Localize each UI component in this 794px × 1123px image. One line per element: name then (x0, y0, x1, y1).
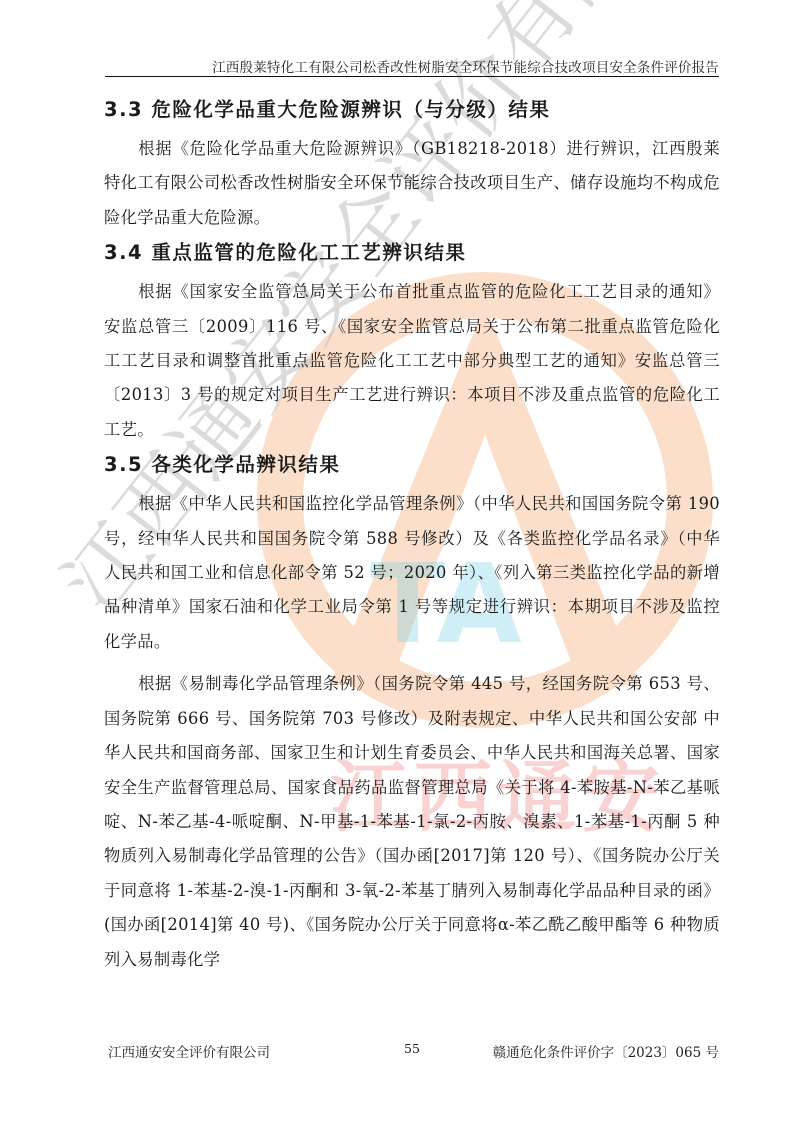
running-header: 江西殷莱特化工有限公司松香改性树脂安全环保节能综合技改项目安全条件评价报告 (105, 56, 719, 76)
document-page: 江西通安安全评价有限公司 TA 江西通安 江西殷莱特化工有限公司松香改性树脂安全… (0, 0, 794, 1123)
footer-report-number: 赣通危化条件评价字〔2023〕065 号 (493, 1041, 719, 1061)
body-content: 3.3 危险化学品重大危险源辨识（与分级）结果 根据《危险化学品重大危险源辨识》… (104, 92, 720, 977)
section-heading-3-5: 3.5 各类化学品辨识结果 (104, 447, 720, 487)
section-heading-3-3: 3.3 危险化学品重大危险源辨识（与分级）结果 (104, 92, 720, 132)
section-heading-3-4: 3.4 重点监管的危险化工工艺辨识结果 (104, 235, 720, 275)
paragraph: 根据《危险化学品重大危险源辨识》（GB18218-2018）进行辨识，江西殷莱特… (104, 132, 720, 235)
paragraph: 根据《国家安全监管总局关于公布首批重点监管的危险化工工艺目录的通知》安监总管三〔… (104, 275, 720, 447)
paragraph: 根据《易制毒化学品管理条例》（国务院令第 445 号，经国务院令第 653 号、… (104, 667, 720, 977)
paragraph: 根据《中华人民共和国监控化学品管理条例》（中华人民共和国国务院令第 190 号，… (104, 487, 720, 659)
header-divider (105, 76, 719, 77)
